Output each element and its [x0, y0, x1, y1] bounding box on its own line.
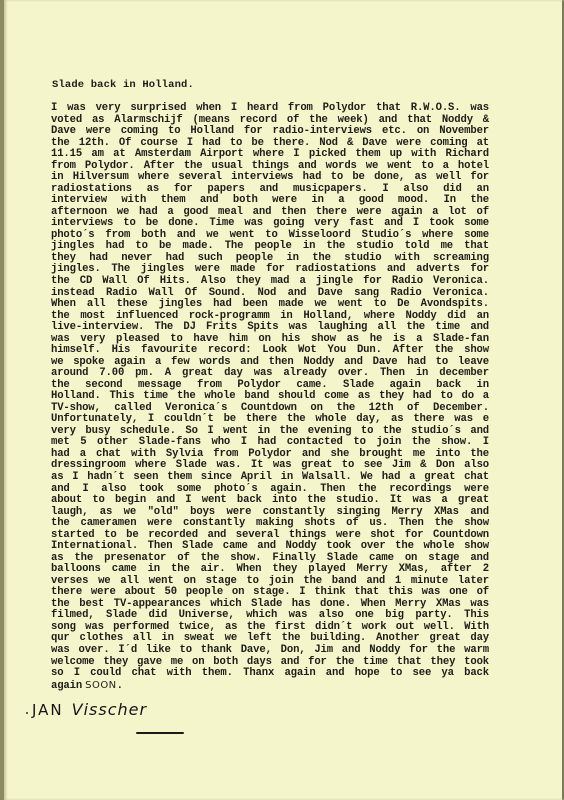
body-line: the cameramen were constantly making sho… — [51, 518, 489, 530]
signature-first-name: JAN — [32, 701, 64, 719]
final-line-typed: again — [51, 680, 82, 692]
body-line: was over. I´d like to thank Dave, Don, J… — [51, 645, 489, 657]
body-line: Dave were coming to Holland for radio-in… — [51, 126, 489, 138]
signature-last-name: Visscher — [72, 700, 147, 719]
body-line: about to begin and I went back into the … — [51, 495, 489, 507]
body-line: I was very surprised when I heard from P… — [51, 103, 489, 115]
body-line: When all these jingles had been made we … — [51, 299, 489, 311]
signature-dot — [26, 712, 28, 714]
body-line: so I could chat with them. Thanx again a… — [51, 668, 489, 680]
body-line: in Hilversum where several interviews ha… — [51, 172, 489, 184]
body-line: 11.15 am at Amsterdam Airport where I pi… — [51, 149, 489, 161]
body-final-line: againSOON. — [51, 680, 489, 692]
document-title: Slade back in Holland. — [52, 79, 194, 91]
signature: JANVisscher — [32, 700, 147, 720]
body-lines: I was very surprised when I heard from P… — [51, 103, 489, 680]
document-page: Slade back in Holland. I was very surpri… — [0, 0, 564, 800]
final-line-handwritten: SOON — [85, 680, 117, 691]
document-body: I was very surprised when I heard from P… — [51, 103, 489, 691]
body-line: International. Then Slade came and Noddy… — [51, 541, 489, 553]
body-line: as I hadn´t seen them since April in Wal… — [51, 472, 489, 484]
signature-underline — [136, 732, 184, 734]
body-line: the CD Wall Of Hits. Also they mad a jin… — [51, 276, 489, 288]
body-line: himself. His favourite record: Look Wot … — [51, 345, 489, 357]
body-line: live-interview. The DJ Frits Spits was l… — [51, 322, 489, 334]
final-line-punct: . — [117, 680, 123, 692]
